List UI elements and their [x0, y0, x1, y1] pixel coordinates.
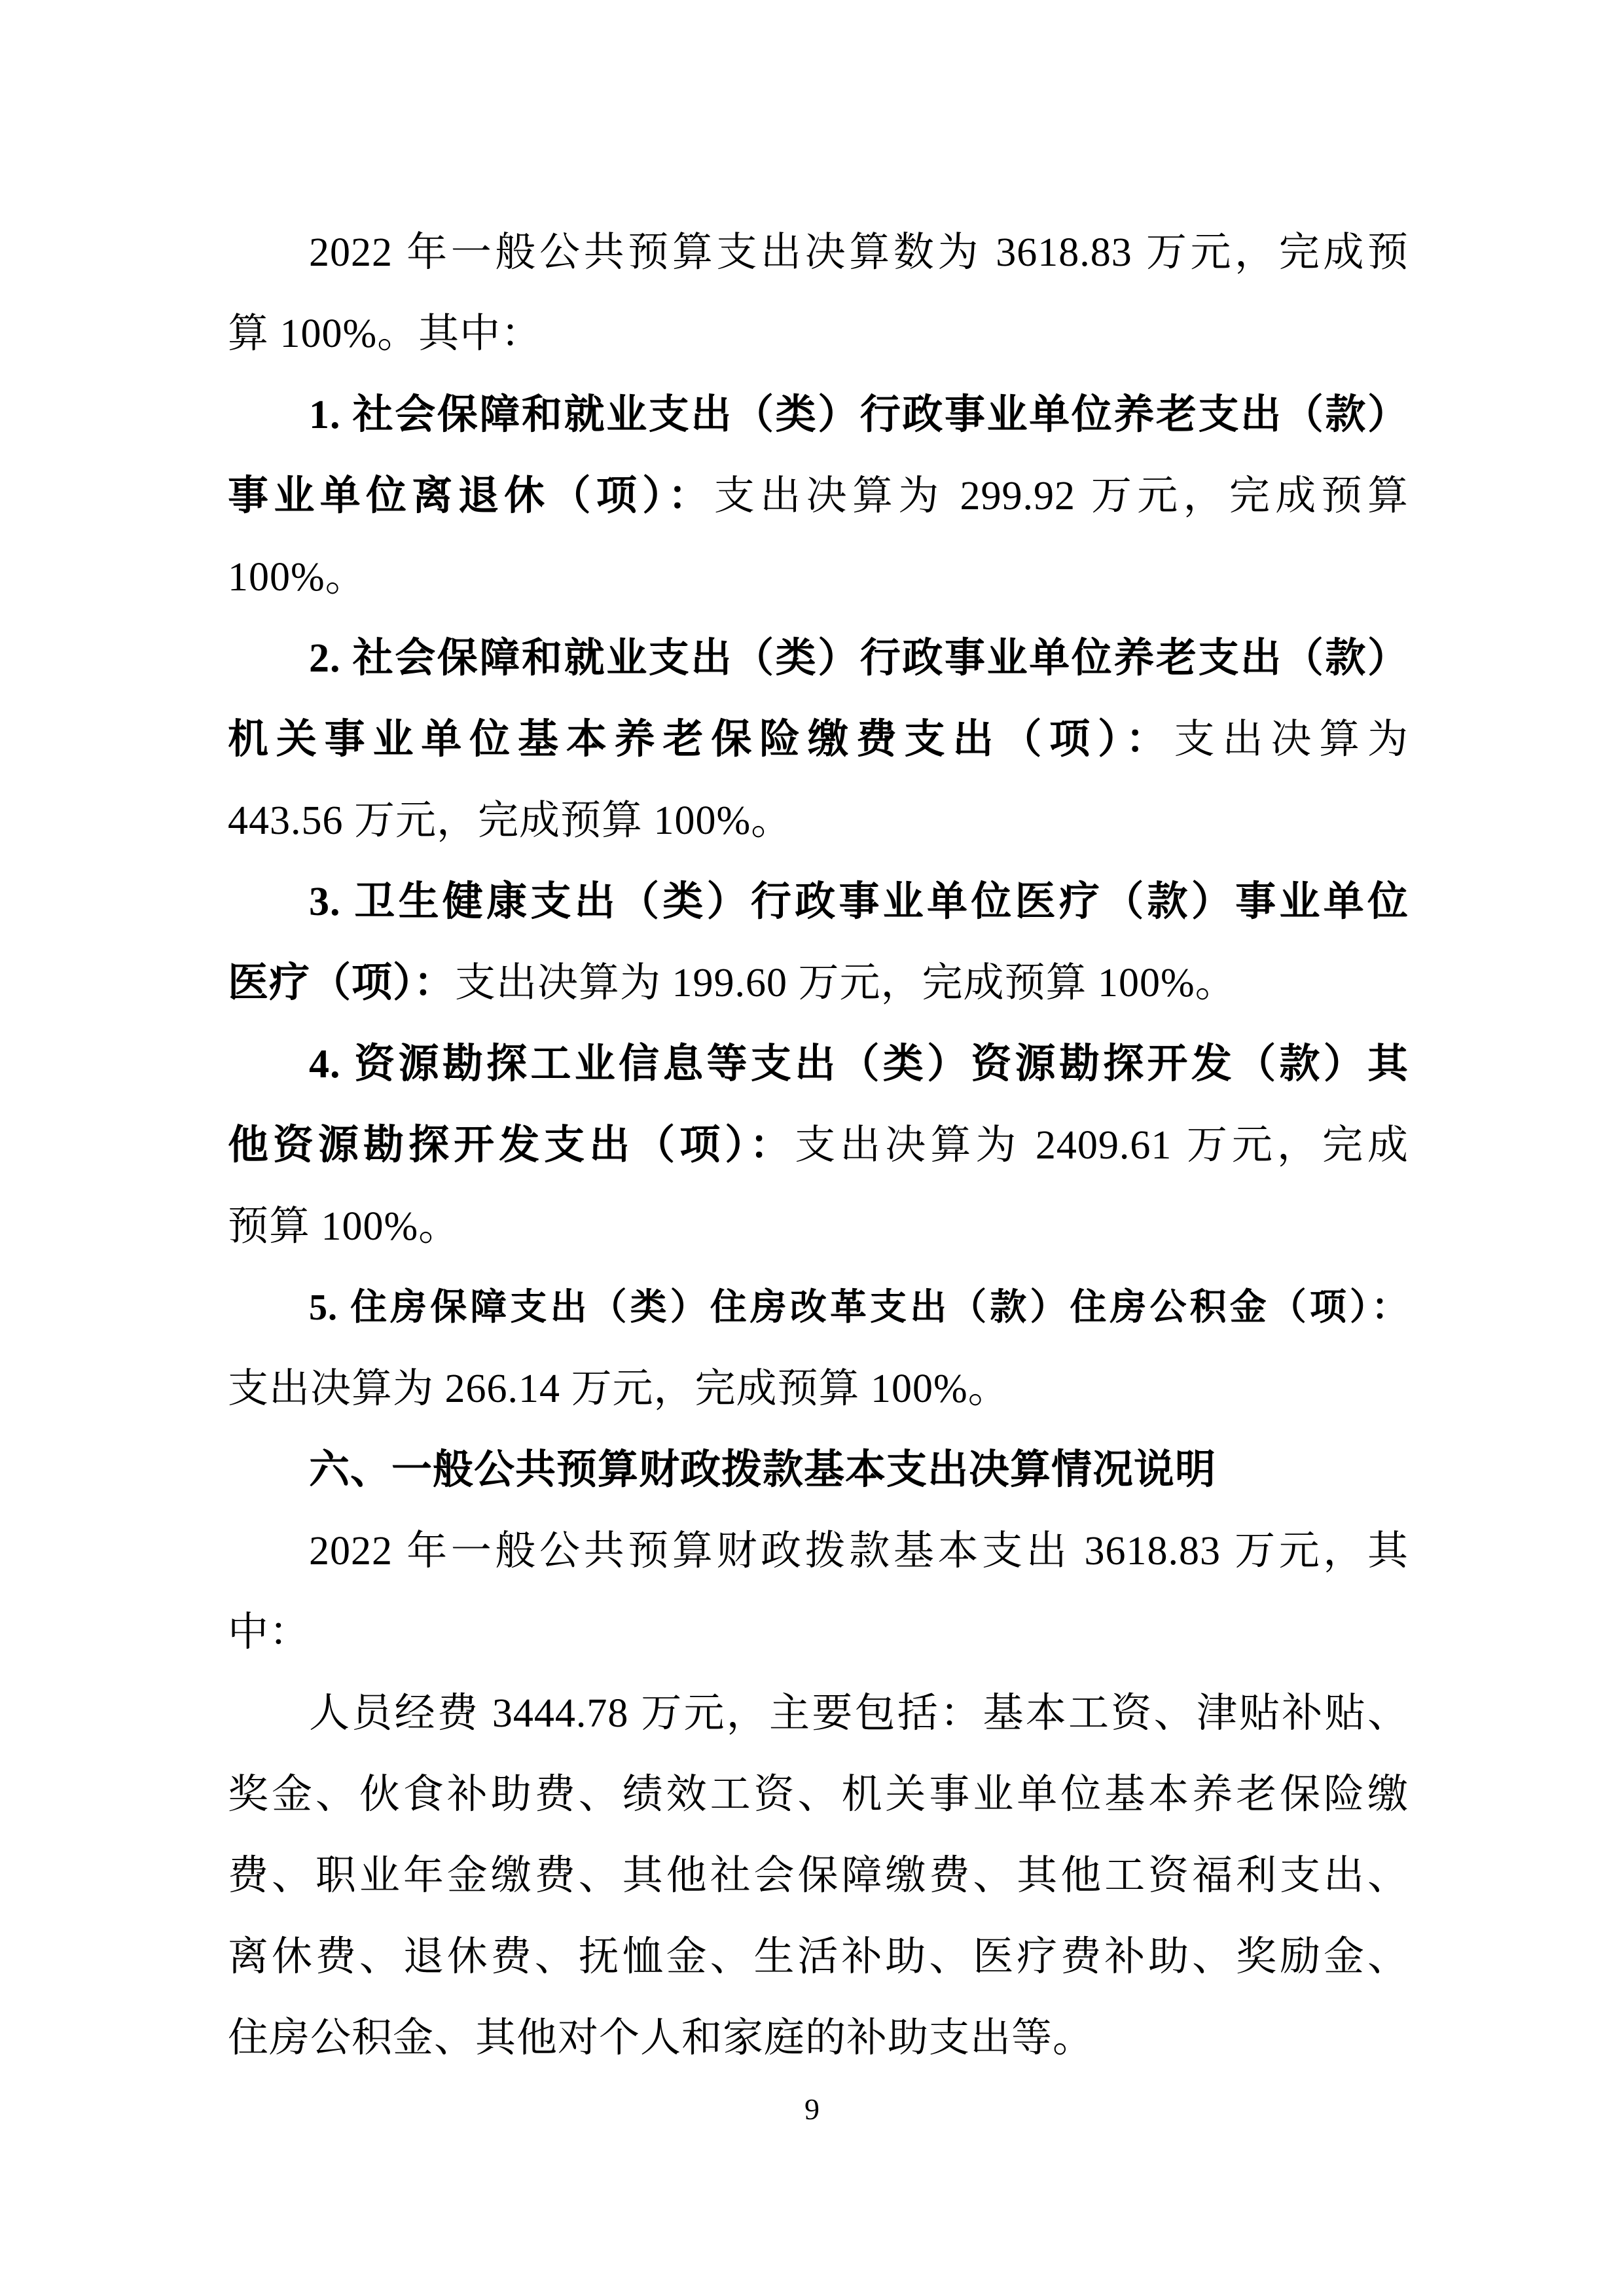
- text-line: 他资源勘探开发支出（项）：支出决算为 2409.61 万元，完成: [228, 1105, 1409, 1186]
- text-line: 443.56 万元，完成预算 100%。: [228, 780, 1409, 861]
- text-line: 1. 社会保障和就业支出（类）行政事业单位养老支出（款）: [228, 374, 1409, 456]
- text-run: 预算 100%。: [228, 1204, 460, 1249]
- text-run: 支出决算为 266.14 万元，完成预算 100%。: [228, 1367, 1009, 1411]
- text-run: 算 100%。其中：: [228, 312, 542, 356]
- text-run: 100%。: [228, 555, 367, 600]
- text-run: 中：: [228, 1610, 310, 1655]
- document-page: 2022 年一般公共预算支出决算数为 3618.83 万元，完成预算 100%。…: [0, 0, 1624, 2296]
- text-run: 支出决算为 299.92 万元，完成预算: [714, 474, 1409, 518]
- document-body: 2022 年一般公共预算支出决算数为 3618.83 万元，完成预算 100%。…: [228, 212, 1409, 2079]
- text-run-bold: 2. 社会保障和就业支出（类）行政事业单位养老支出（款）: [309, 636, 1409, 681]
- text-line: 100%。: [228, 537, 1409, 618]
- text-run: 住房公积金、其他对个人和家庭的补助支出等。: [228, 2016, 1094, 2060]
- page-number: 9: [0, 2092, 1624, 2126]
- text-run: 2022 年一般公共预算支出决算数为 3618.83 万元，完成预: [309, 230, 1409, 275]
- text-line: 医疗（项）：支出决算为 199.60 万元，完成预算 100%。: [228, 942, 1409, 1024]
- text-run: 离休费、退休费、抚恤金、生活补助、医疗费补助、奖励金、: [228, 1935, 1409, 1979]
- text-line: 3. 卫生健康支出（类）行政事业单位医疗（款）事业单位: [228, 861, 1409, 942]
- text-line: 算 100%。其中：: [228, 293, 1409, 374]
- text-run-bold: 3. 卫生健康支出（类）行政事业单位医疗（款）事业单位: [309, 880, 1409, 924]
- text-line: 奖金、伙食补助费、绩效工资、机关事业单位基本养老保险缴: [228, 1754, 1409, 1835]
- text-run-bold: 医疗（项）：: [228, 961, 455, 1005]
- text-line: 2022 年一般公共预算支出决算数为 3618.83 万元，完成预: [228, 212, 1409, 293]
- text-line: 六、一般公共预算财政拨款基本支出决算情况说明: [228, 1429, 1409, 1511]
- text-line: 2. 社会保障和就业支出（类）行政事业单位养老支出（款）: [228, 618, 1409, 699]
- text-line: 费、职业年金缴费、其他社会保障缴费、其他工资福利支出、: [228, 1835, 1409, 1916]
- text-line: 预算 100%。: [228, 1186, 1409, 1267]
- text-run: 奖金、伙食补助费、绩效工资、机关事业单位基本养老保险缴: [228, 1772, 1409, 1817]
- text-run: 支出决算为 199.60 万元，完成预算 100%。: [455, 961, 1236, 1005]
- text-run: 2022 年一般公共预算财政拨款基本支出 3618.83 万元，其: [309, 1529, 1409, 1573]
- text-line: 2022 年一般公共预算财政拨款基本支出 3618.83 万元，其: [228, 1511, 1409, 1592]
- text-line: 住房公积金、其他对个人和家庭的补助支出等。: [228, 1998, 1409, 2079]
- text-run: 费、职业年金缴费、其他社会保障缴费、其他工资福利支出、: [228, 1854, 1409, 1898]
- text-run: 支出决算为: [1174, 717, 1409, 762]
- text-run-bold: 4. 资源勘探工业信息等支出（类）资源勘探开发（款）其: [309, 1042, 1409, 1086]
- text-line: 人员经费 3444.78 万元，主要包括：基本工资、津贴补贴、: [228, 1673, 1409, 1754]
- text-line: 5. 住房保障支出（类）住房改革支出（款）住房公积金（项）：: [228, 1267, 1409, 1348]
- text-run-bold: 六、一般公共预算财政拨款基本支出决算情况说明: [309, 1448, 1216, 1492]
- text-line: 离休费、退休费、抚恤金、生活补助、医疗费补助、奖励金、: [228, 1916, 1409, 1998]
- text-run: 443.56 万元，完成预算 100%。: [228, 798, 792, 843]
- text-run-bold: 事业单位离退休（项）：: [228, 474, 714, 518]
- text-run: 人员经费 3444.78 万元，主要包括：基本工资、津贴补贴、: [309, 1691, 1409, 1736]
- text-run-bold: 1. 社会保障和就业支出（类）行政事业单位养老支出（款）: [309, 393, 1409, 437]
- text-line: 机关事业单位基本养老保险缴费支出（项）：支出决算为: [228, 699, 1409, 780]
- text-run: 支出决算为 2409.61 万元，完成: [795, 1123, 1409, 1168]
- text-run-bold: 他资源勘探开发支出（项）：: [228, 1123, 795, 1168]
- text-line: 事业单位离退休（项）：支出决算为 299.92 万元，完成预算: [228, 456, 1409, 537]
- text-line: 中：: [228, 1592, 1409, 1673]
- text-run-bold: 机关事业单位基本养老保险缴费支出（项）：: [228, 717, 1174, 762]
- text-run-bold: 5. 住房保障支出（类）住房改革支出（款）住房公积金（项）：: [309, 1287, 1409, 1328]
- text-line: 支出决算为 266.14 万元，完成预算 100%。: [228, 1348, 1409, 1429]
- text-line: 4. 资源勘探工业信息等支出（类）资源勘探开发（款）其: [228, 1024, 1409, 1105]
